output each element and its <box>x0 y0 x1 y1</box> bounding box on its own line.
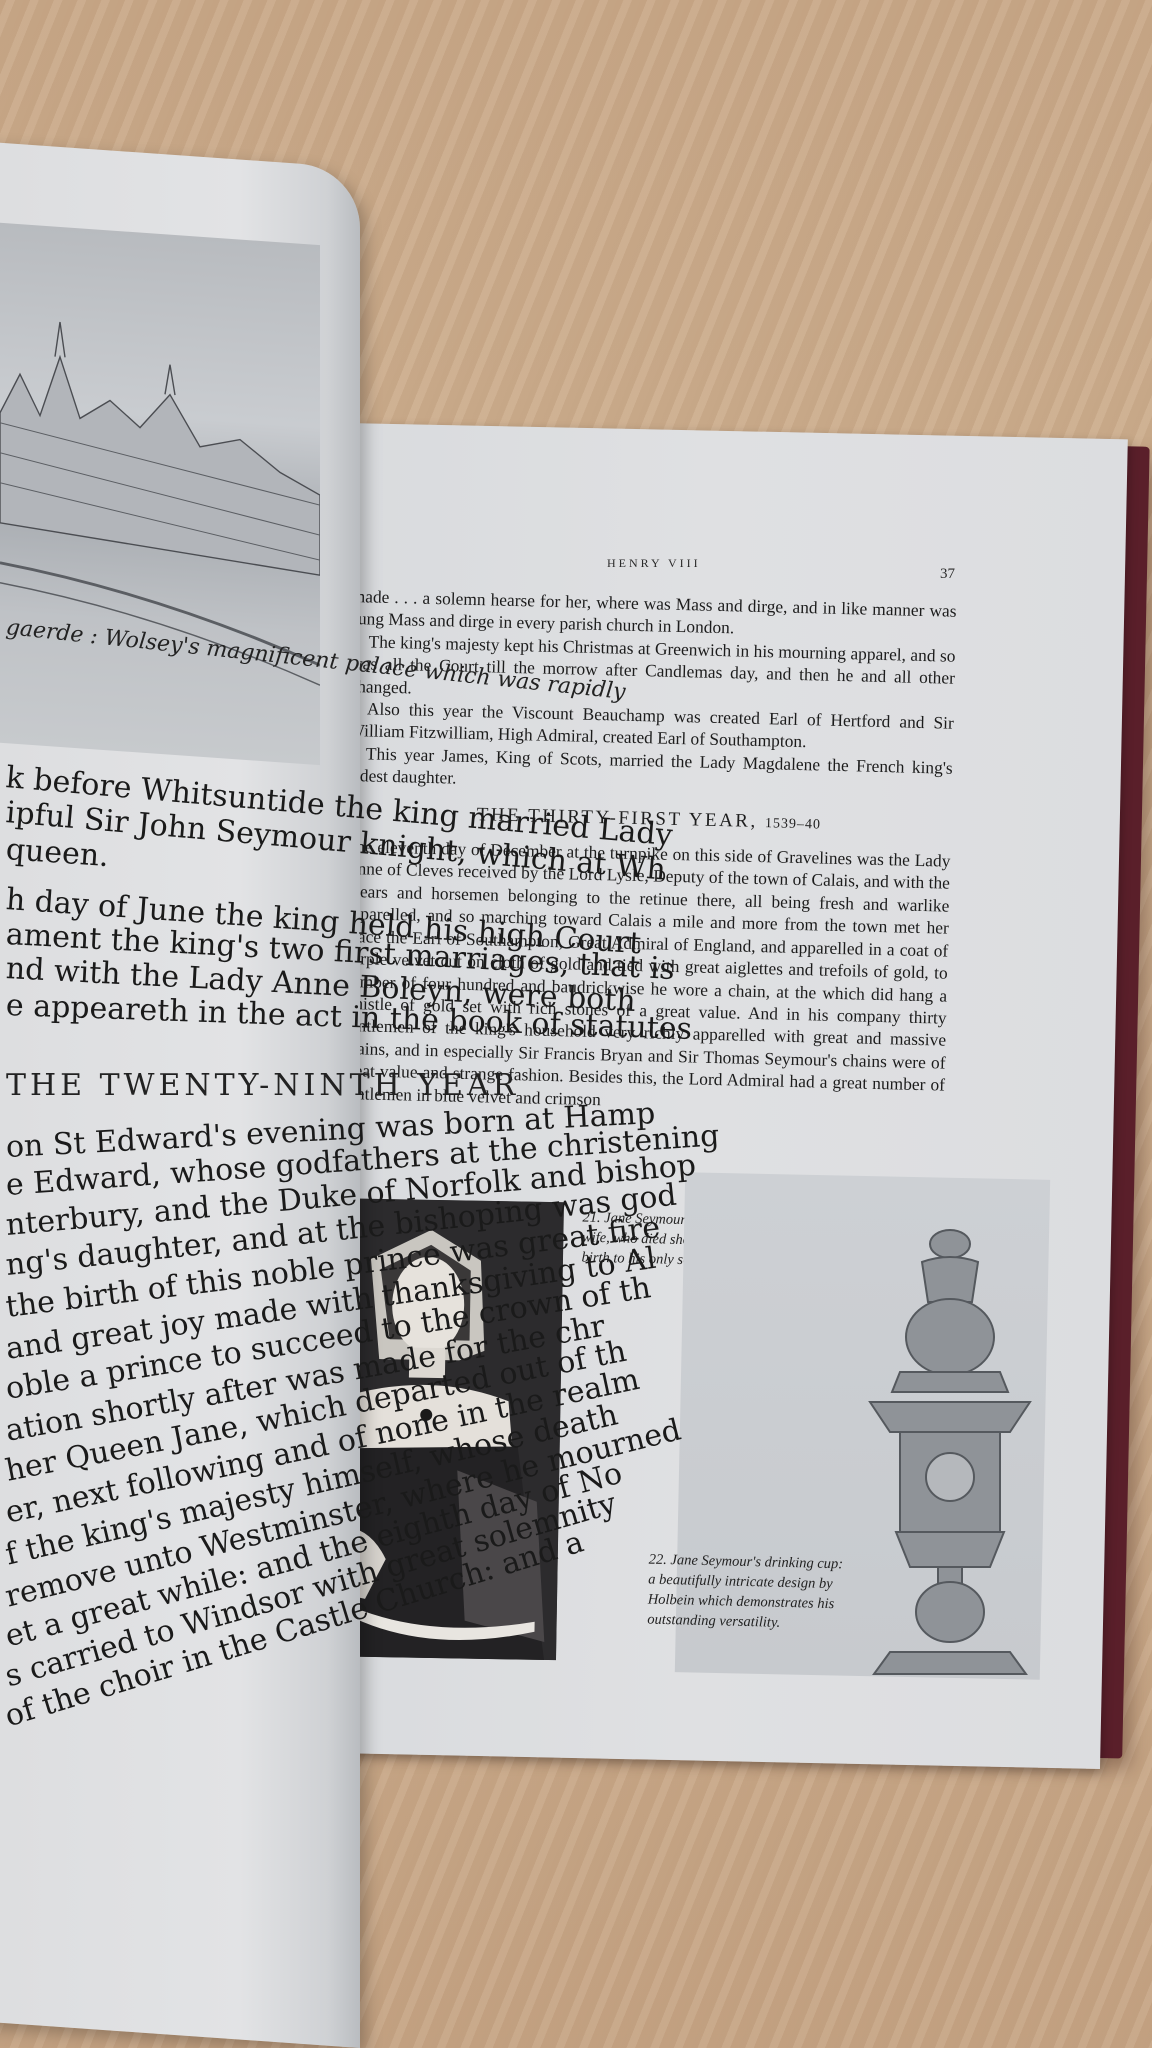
text-line: queen. <box>5 832 110 874</box>
figure-caption-text: Jane Seymour's drinking cup: a beautiful… <box>647 1552 843 1631</box>
section-heading-left: THE TWENTY-NINTH YEAR <box>6 1068 519 1103</box>
palace-drawing-icon <box>0 223 320 765</box>
figure-caption-22: 22. Jane Seymour's drinking cup: a beaut… <box>647 1550 849 1635</box>
palace-plate <box>0 223 320 765</box>
figure-number: 22. <box>649 1552 668 1568</box>
page-number: 37 <box>940 566 955 583</box>
drinking-cup-icon <box>860 1222 1040 1682</box>
drinking-cup-illustration <box>860 1222 1040 1682</box>
section-heading-years: 1539–40 <box>765 816 821 832</box>
running-head: HENRY VIII <box>607 556 701 571</box>
